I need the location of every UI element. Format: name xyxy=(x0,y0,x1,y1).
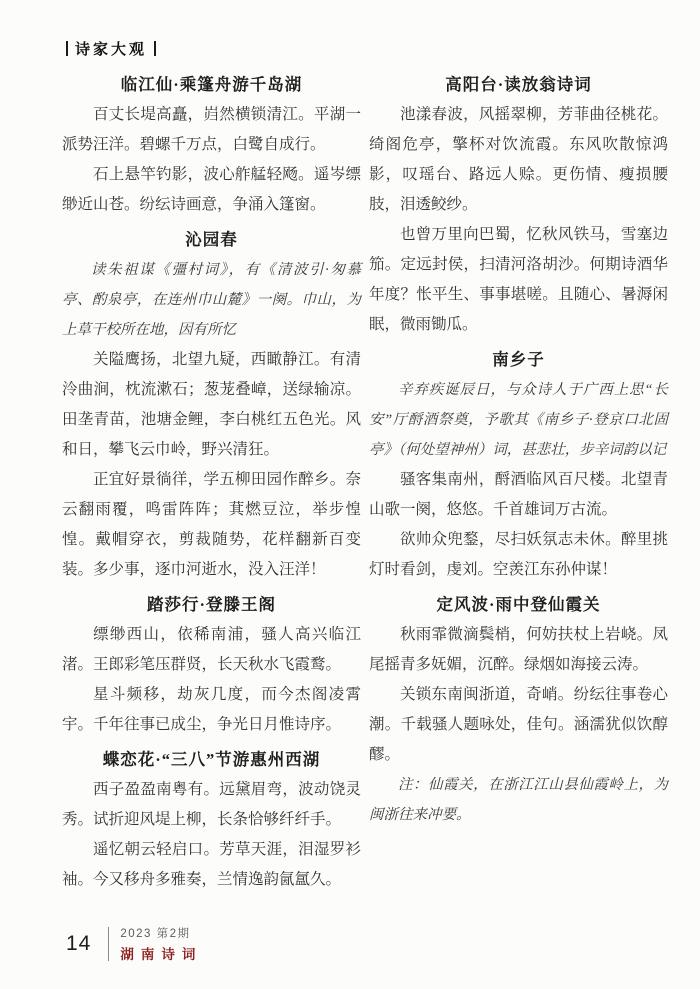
poem-paragraph: 欲帅众兜鍪，尽扫妖氛志未休。醉里挑灯时看剑，虔刘。空羡江东孙仲谋！ xyxy=(369,525,668,585)
poem-paragraph: 也曾万里向巴蜀，忆秋风铁马，雪塞边笳。定远封侯，扫清河洛胡沙。何期诗酒华年度？怅… xyxy=(369,220,668,340)
poem-paragraph: 正宜好景徜徉，学五柳田园作醉乡。奈云翻雨覆，鸣雷阵阵；萁燃豆泣，举步惶惶。戴帽穿… xyxy=(62,465,361,585)
poem-paragraph: 缥缈西山，依稀南浦，骚人高兴临江渚。王郎彩笔压群贤，长天秋水飞霞鹜。 xyxy=(62,620,361,680)
poem-title: 踏莎行·登滕王阁 xyxy=(62,590,361,620)
poem-paragraph: 骚客集南州，酹酒临风百尺楼。北望青山歌一阕，悠悠。千首雄词万古流。 xyxy=(369,465,668,525)
page-number: 14 xyxy=(66,932,91,956)
poem-title: 定风波·雨中登仙霞关 xyxy=(369,590,668,620)
poem-paragraph: 石上悬竿钓影，波心舴艋轻飏。遥岑缥缈近山苍。纷纭诗画意，争涌入篷窗。 xyxy=(62,160,361,220)
poem-title: 沁园春 xyxy=(62,225,361,255)
poem-linjiangxian: 临江仙·乘篷舟游千岛湖 百丈长堤高矗，岿然横锁清江。平湖一派势汪洋。碧螺千万点，… xyxy=(62,70,361,220)
footer-divider xyxy=(108,927,109,961)
poem-preface: 读朱祖谋《彊村词》，有《清波引·匆慕亭、酌泉亭，在连州巾山麓》一阕。巾山，为上草… xyxy=(62,255,361,345)
poem-paragraph: 星斗频移，劫灰几度，而今杰阁凌霄宇。千年往事已成尘，争光日月惟诗序。 xyxy=(62,680,361,740)
poem-title: 高阳台·读放翁诗词 xyxy=(369,70,668,100)
left-column: 临江仙·乘篷舟游千岛湖 百丈长堤高矗，岿然横锁清江。平湖一派势汪洋。碧螺千万点，… xyxy=(62,70,361,895)
header-left-bar xyxy=(66,41,68,56)
poem-nanxiangzi: 南乡子 辛弃疾诞辰日，与众诗人于广西上思“长安”厅酹酒祭奠，予歌其《南乡子·登京… xyxy=(369,345,668,585)
poem-paragraph: 西子盈盈南粤有。远黛眉弯，波动饶灵秀。试折迎风堤上柳，长条恰够纤纤手。 xyxy=(62,775,361,835)
poem-tasuoxing: 踏莎行·登滕王阁 缥缈西山，依稀南浦，骚人高兴临江渚。王郎彩笔压群贤，长天秋水飞… xyxy=(62,590,361,740)
right-column: 高阳台·读放翁诗词 池漾春波，风摇翠柳，芳菲曲径桃花。绮阁危亭，擎杯对饮流霞。东… xyxy=(369,70,668,895)
poem-title: 临江仙·乘篷舟游千岛湖 xyxy=(62,70,361,100)
poem-dielianhua: 蝶恋花·“三八”节游惠州西湖 西子盈盈南粤有。远黛眉弯，波动饶灵秀。试折迎风堤上… xyxy=(62,745,361,895)
poem-paragraph: 关锁东南闽浙道，奇峭。纷纭往事卷心潮。千载骚人题咏处，佳句。涵濡犹似饮醇醪。 xyxy=(369,680,668,770)
poem-paragraph: 秋雨霏微滴鬓梢，何妨扶杖上岩峣。凤尾摇青多妩媚，沉醉。绿烟如海接云涛。 xyxy=(369,620,668,680)
poem-preface: 辛弃疾诞辰日，与众诗人于广西上思“长安”厅酹酒祭奠，予歌其《南乡子·登京口北固亭… xyxy=(369,375,668,465)
poem-paragraph: 池漾春波，风摇翠柳，芳菲曲径桃花。绮阁危亭，擎杯对饮流霞。东风吹散惊鸿影，叹瑶台… xyxy=(369,100,668,220)
poem-paragraph: 百丈长堤高矗，岿然横锁清江。平湖一派势汪洋。碧螺千万点，白鹭自成行。 xyxy=(62,100,361,160)
header-right-bar xyxy=(154,41,156,56)
poem-title: 蝶恋花·“三八”节游惠州西湖 xyxy=(62,745,361,775)
poem-qinyuanchun: 沁园春 读朱祖谋《彊村词》，有《清波引·匆慕亭、酌泉亭，在连州巾山麓》一阕。巾山… xyxy=(62,225,361,585)
poem-title: 南乡子 xyxy=(369,345,668,375)
page-footer: 14 2023 第2期 湖南诗词 xyxy=(66,925,202,963)
poem-dingfengbo: 定风波·雨中登仙霞关 秋雨霏微滴鬓梢，何妨扶杖上岩峣。凤尾摇青多妩媚，沉醉。绿烟… xyxy=(369,590,668,830)
section-header: 诗家大观 xyxy=(66,38,156,59)
journal-issue: 2023 第2期 xyxy=(120,925,202,941)
journal-name: 湖南诗词 xyxy=(120,943,202,963)
content-columns: 临江仙·乘篷舟游千岛湖 百丈长堤高矗，岿然横锁清江。平湖一派势汪洋。碧螺千万点，… xyxy=(62,70,668,895)
footer-journal-info: 2023 第2期 湖南诗词 xyxy=(120,925,202,963)
magazine-page: 诗家大观 临江仙·乘篷舟游千岛湖 百丈长堤高矗，岿然横锁清江。平湖一派势汪洋。碧… xyxy=(0,0,700,989)
poem-gaoyangtai: 高阳台·读放翁诗词 池漾春波，风摇翠柳，芳菲曲径桃花。绮阁危亭，擎杯对饮流霞。东… xyxy=(369,70,668,340)
poem-paragraph: 关隘鹰扬，北望九疑，西瞰静江。有清泠曲涧，枕流漱石；葱茏叠嶂，送绿输凉。田垄青苗… xyxy=(62,345,361,465)
section-header-title: 诗家大观 xyxy=(75,38,147,59)
poem-note: 注：仙霞关，在浙江江山县仙霞岭上，为闽浙往来冲要。 xyxy=(369,770,668,830)
poem-paragraph: 遥忆朝云轻启口。芳草天涯，泪湿罗衫袖。今又移舟多雅奏，兰情逸韵氤氲久。 xyxy=(62,835,361,895)
